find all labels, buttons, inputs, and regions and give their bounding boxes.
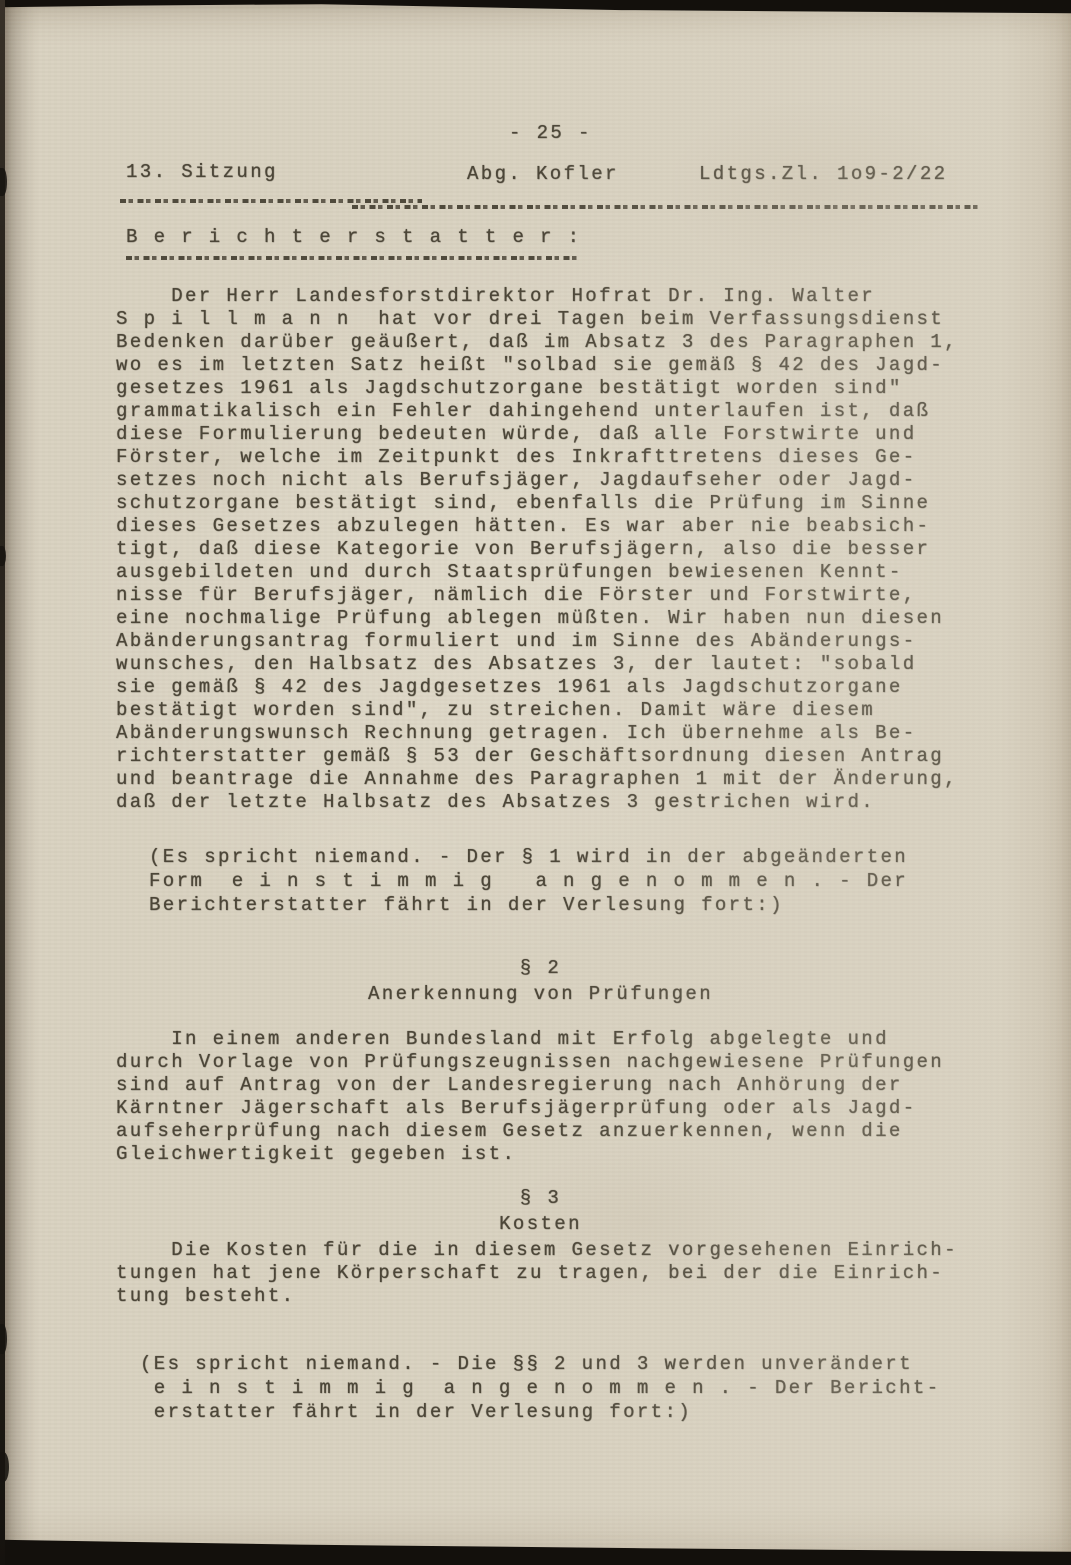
scanned-page: - 25 - 13. Sitzung Abg. Kofler Ldtgs.Zl.… [0,0,1071,1565]
page-number: - 25 - [509,122,592,145]
section-2-paragraph: In einem anderen Bundesland mit Erfolg a… [116,1028,944,1166]
stage-direction-2: (Es spricht niemand. - Die §§ 2 und 3 we… [140,1352,941,1424]
typed-content: - 25 - 13. Sitzung Abg. Kofler Ldtgs.Zl.… [0,0,1071,1565]
stage-direction-1: (Es spricht niemand. - Der § 1 wird in d… [149,845,908,917]
section-3-title: Kosten [118,1211,963,1237]
file-reference: Ldtgs.Zl. 1o9-2/22 [699,163,947,186]
paper-sheet: - 25 - 13. Sitzung Abg. Kofler Ldtgs.Zl.… [0,0,1071,1565]
reporter-heading: B e r i c h t e r s t a t t e r : [126,226,581,249]
report-paragraph: Der Herr Landesforstdirektor Hofrat Dr. … [116,285,958,814]
header-rule-right [352,205,982,209]
section-3-number: § 3 [118,1185,963,1211]
reporter-heading-underline [126,256,578,260]
section-2-title: Anerkennung von Prüfungen [118,981,963,1007]
deputy-label: Abg. Kofler [467,163,619,186]
header-rule-left [120,199,422,203]
section-3-paragraph: Die Kosten für die in diesem Gesetz vorg… [116,1239,958,1308]
section-2-number: § 2 [118,955,963,981]
session-label: 13. Sitzung [126,161,278,184]
